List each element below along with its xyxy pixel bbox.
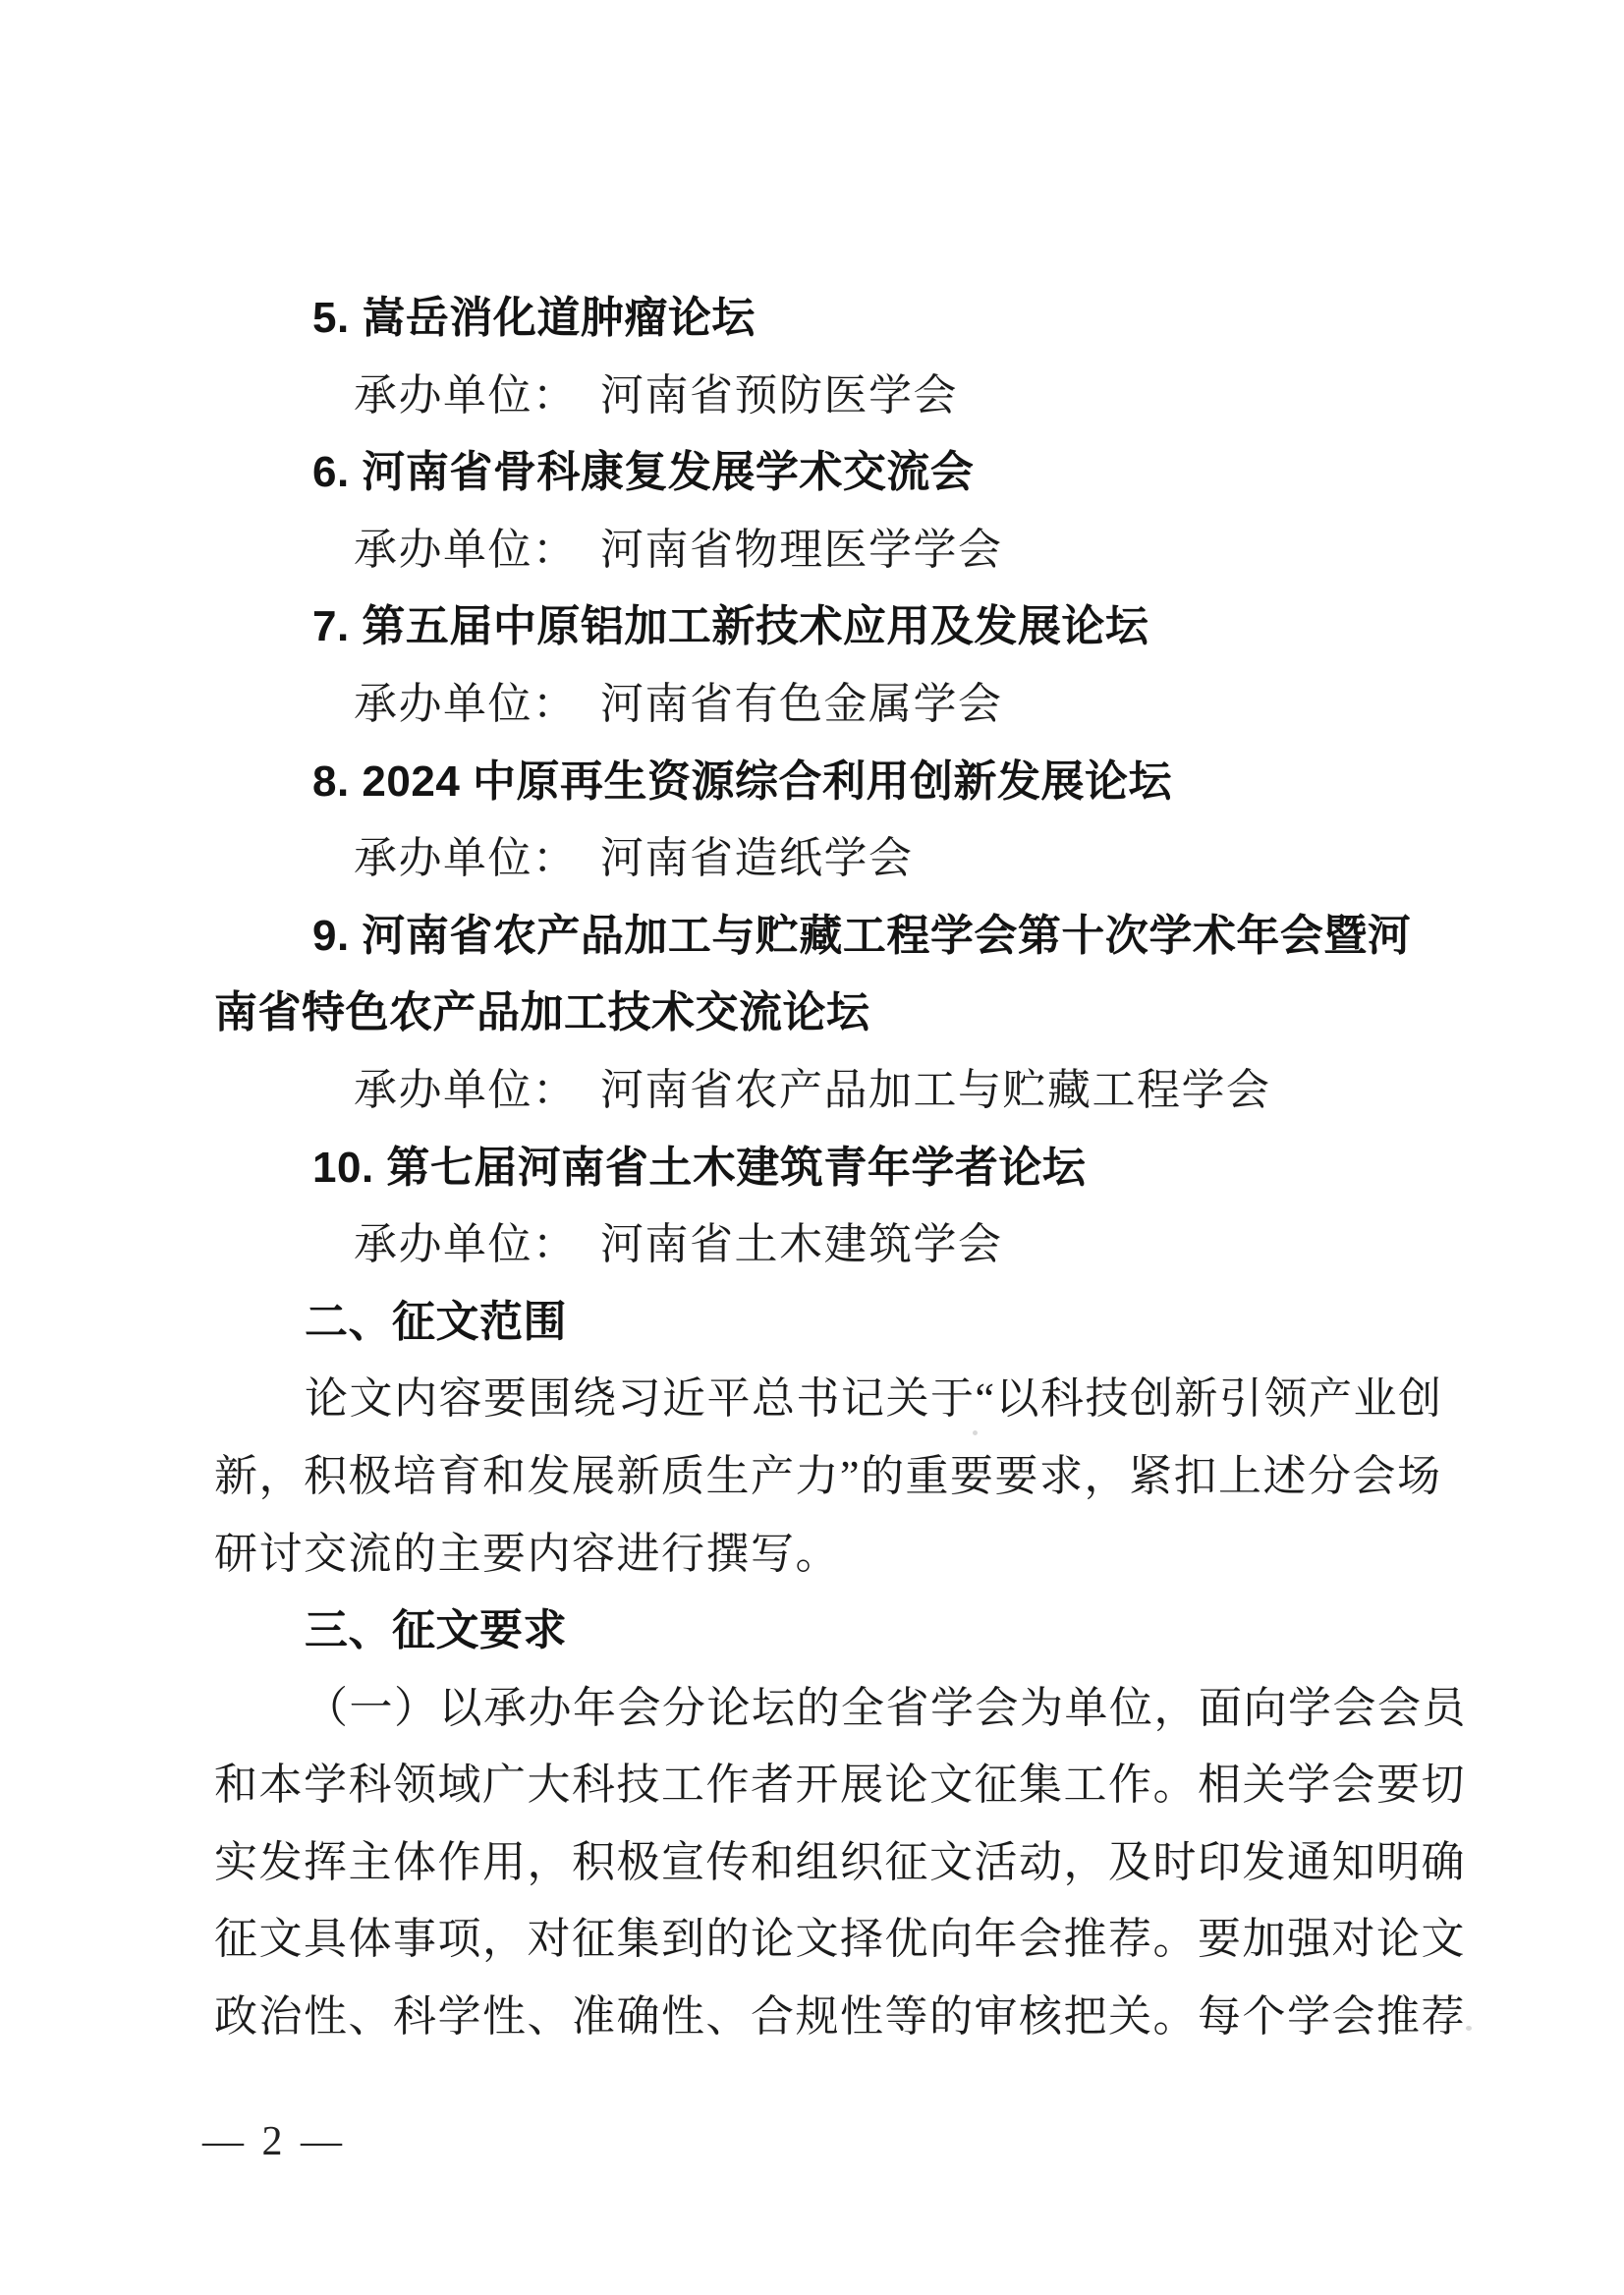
- section-requirements-line-2: 和本学科领域广大科技工作者开展论文征集工作。相关学会要切: [214, 1747, 1482, 1824]
- forum-item-7-organizer: 承办单位： 河南省有色金属学会: [214, 666, 1482, 744]
- forum-item-5-organizer: 承办单位： 河南省预防医学会: [214, 358, 1482, 435]
- scan-speck: [973, 1430, 978, 1435]
- document-page: 5. 嵩岳消化道肿瘤论坛 承办单位： 河南省预防医学会 6. 河南省骨科康复发展…: [0, 0, 1624, 2295]
- forum-item-7-title: 7. 第五届中原铝加工新技术应用及发展论坛: [214, 588, 1482, 666]
- section-requirements-heading: 三、征文要求: [214, 1593, 1482, 1670]
- forum-item-8-organizer: 承办单位： 河南省造纸学会: [214, 820, 1482, 898]
- page-number: — 2 —: [202, 2118, 346, 2165]
- section-scope-heading: 二、征文范围: [214, 1284, 1482, 1362]
- document-body: 5. 嵩岳消化道肿瘤论坛 承办单位： 河南省预防医学会 6. 河南省骨科康复发展…: [214, 280, 1482, 2056]
- forum-item-9-organizer: 承办单位： 河南省农产品加工与贮藏工程学会: [214, 1052, 1482, 1130]
- section-scope-line-3: 研讨交流的主要内容进行撰写。: [214, 1516, 1482, 1594]
- section-requirements-line-5: 政治性、科学性、准确性、合规性等的审核把关。每个学会推荐: [214, 1979, 1482, 2056]
- forum-item-9-title-line1: 9. 河南省农产品加工与贮藏工程学会第十次学术年会暨河: [214, 898, 1482, 976]
- section-requirements-line-4: 征文具体事项，对征集到的论文择优向年会推荐。要加强对论文: [214, 1901, 1482, 1979]
- section-requirements-line-3: 实发挥主体作用，积极宣传和组织征文活动，及时印发通知明确: [214, 1824, 1482, 1902]
- forum-item-6-organizer: 承办单位： 河南省物理医学学会: [214, 512, 1482, 589]
- section-scope-line-2: 新，积极培育和发展新质生产力”的重要要求，紧扣上述分会场: [214, 1438, 1482, 1516]
- scan-speck: [1466, 2026, 1472, 2031]
- section-requirements-line-1: （一）以承办年会分论坛的全省学会为单位，面向学会会员: [214, 1670, 1482, 1748]
- section-scope-line-1: 论文内容要围绕习近平总书记关于“以科技创新引领产业创: [214, 1361, 1482, 1438]
- forum-item-5-title: 5. 嵩岳消化道肿瘤论坛: [214, 280, 1482, 358]
- forum-item-8-title: 8. 2024 中原再生资源综合利用创新发展论坛: [214, 744, 1482, 821]
- forum-item-10-title: 10. 第七届河南省土木建筑青年学者论坛: [214, 1130, 1482, 1207]
- forum-item-9-title-line2: 南省特色农产品加工技术交流论坛: [214, 975, 1482, 1052]
- forum-item-10-organizer: 承办单位： 河南省土木建筑学会: [214, 1206, 1482, 1284]
- forum-item-6-title: 6. 河南省骨科康复发展学术交流会: [214, 434, 1482, 512]
